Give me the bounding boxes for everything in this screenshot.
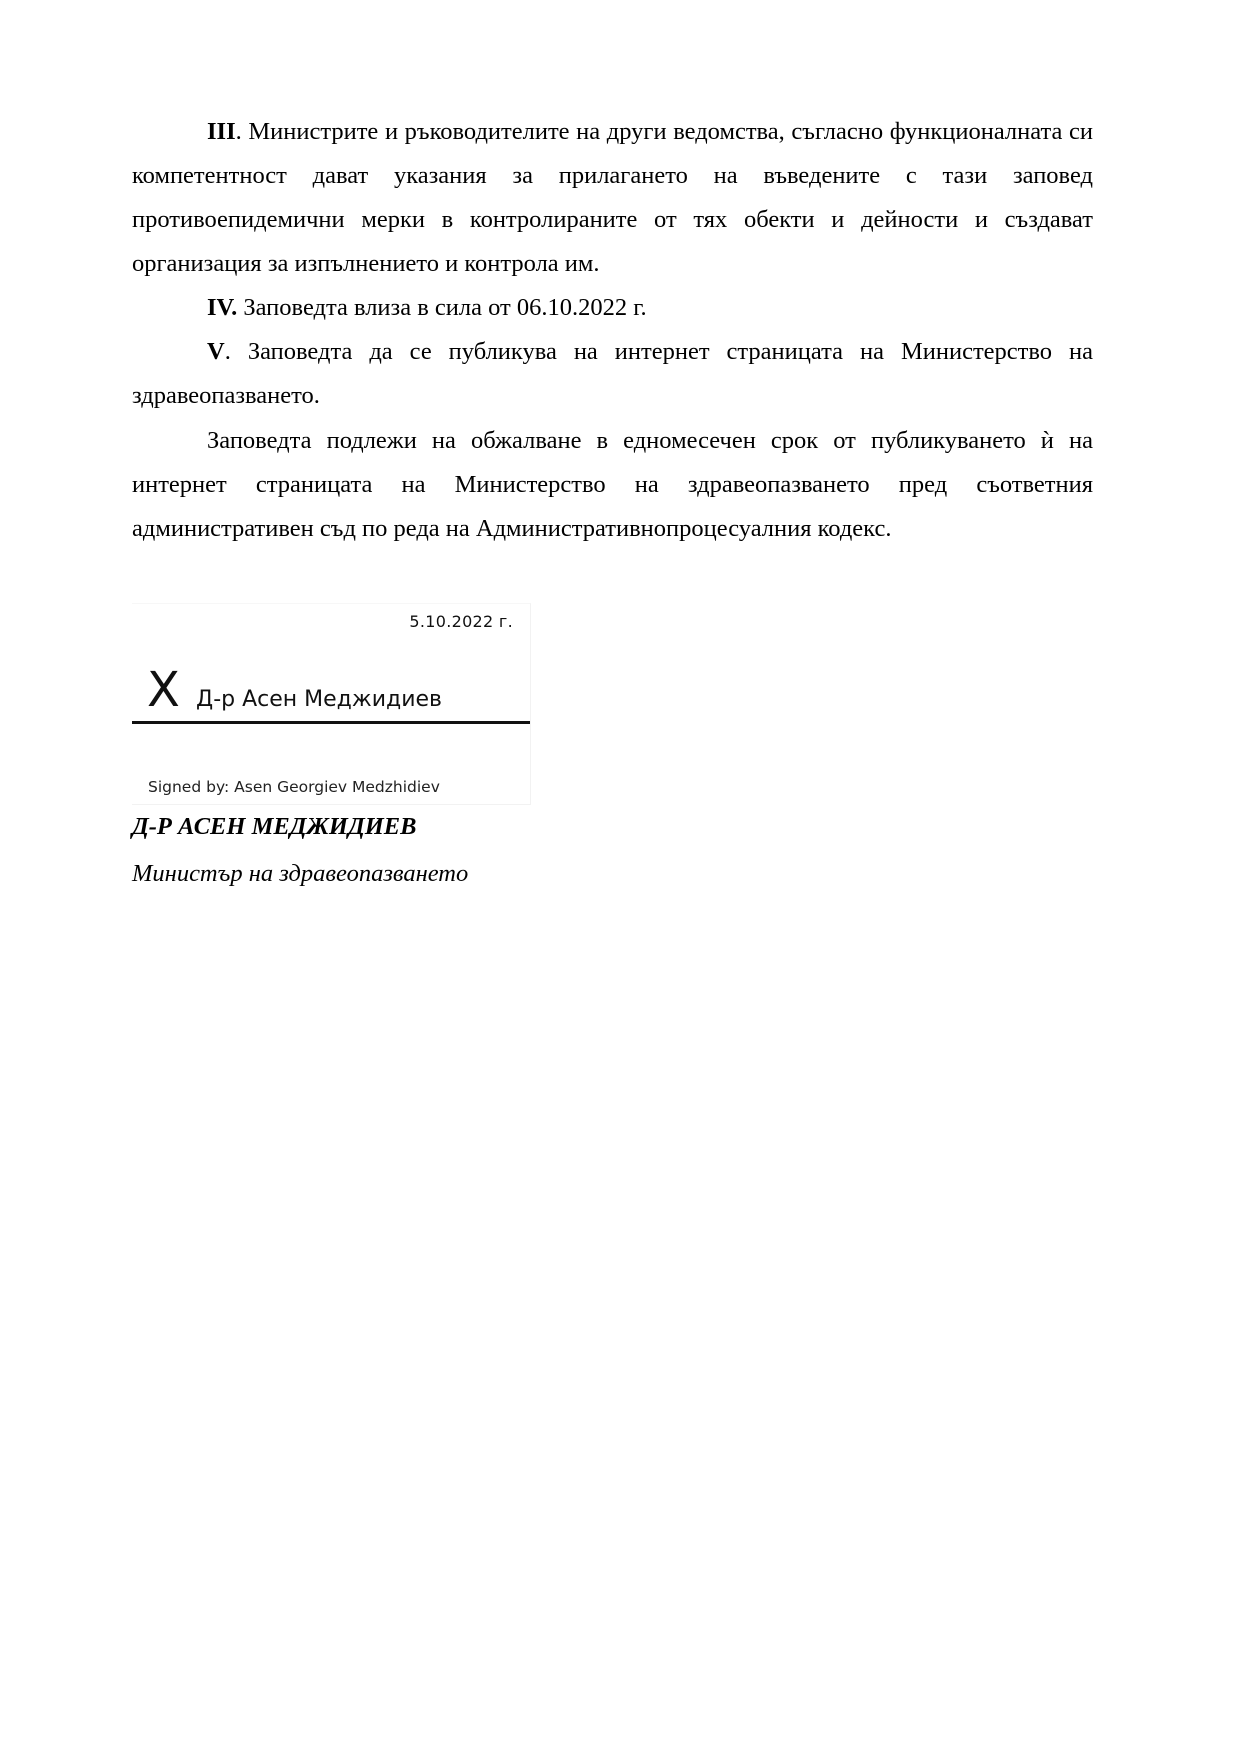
section-numeral: III [207, 118, 236, 145]
section-v: V. Заповедта да се публикува на интернет… [132, 330, 1093, 418]
section-iv: IV. Заповедта влиза в сила от 06.10.2022… [132, 286, 1093, 330]
signature-mark-icon: X [147, 666, 180, 714]
section-text: Заповедта да се публикува на интернет ст… [132, 338, 1093, 409]
signed-by-text: Signed by: Asen Georgiev Medzhidiev [148, 778, 440, 796]
signer-title: Министър на здравеопазването [132, 860, 468, 888]
section-text: Заповедта влиза в сила от 06.10.2022 г. [237, 294, 646, 321]
digital-signature-box[interactable]: 5.10.2022 г. X Д-р Асен Меджидиев Signed… [132, 603, 531, 805]
signature-date: 5.10.2022 г. [409, 612, 513, 631]
section-numeral: IV. [207, 294, 237, 321]
section-text: Министрите и ръководителите на други вед… [132, 118, 1093, 277]
signature-line [132, 721, 530, 724]
appeal-paragraph: Заповедта подлежи на обжалване в едномес… [132, 419, 1093, 551]
signature-name: Д-р Асен Меджидиев [196, 687, 442, 712]
appeal-text: Заповедта подлежи на обжалване в едномес… [132, 427, 1093, 542]
section-numeral: V [207, 338, 225, 365]
document-page: III. Министрите и ръководителите на друг… [0, 0, 1241, 1755]
signer-name: Д-Р АСЕН МЕДЖИДИЕВ [132, 813, 416, 841]
section-iii: III. Министрите и ръководителите на друг… [132, 110, 1093, 286]
